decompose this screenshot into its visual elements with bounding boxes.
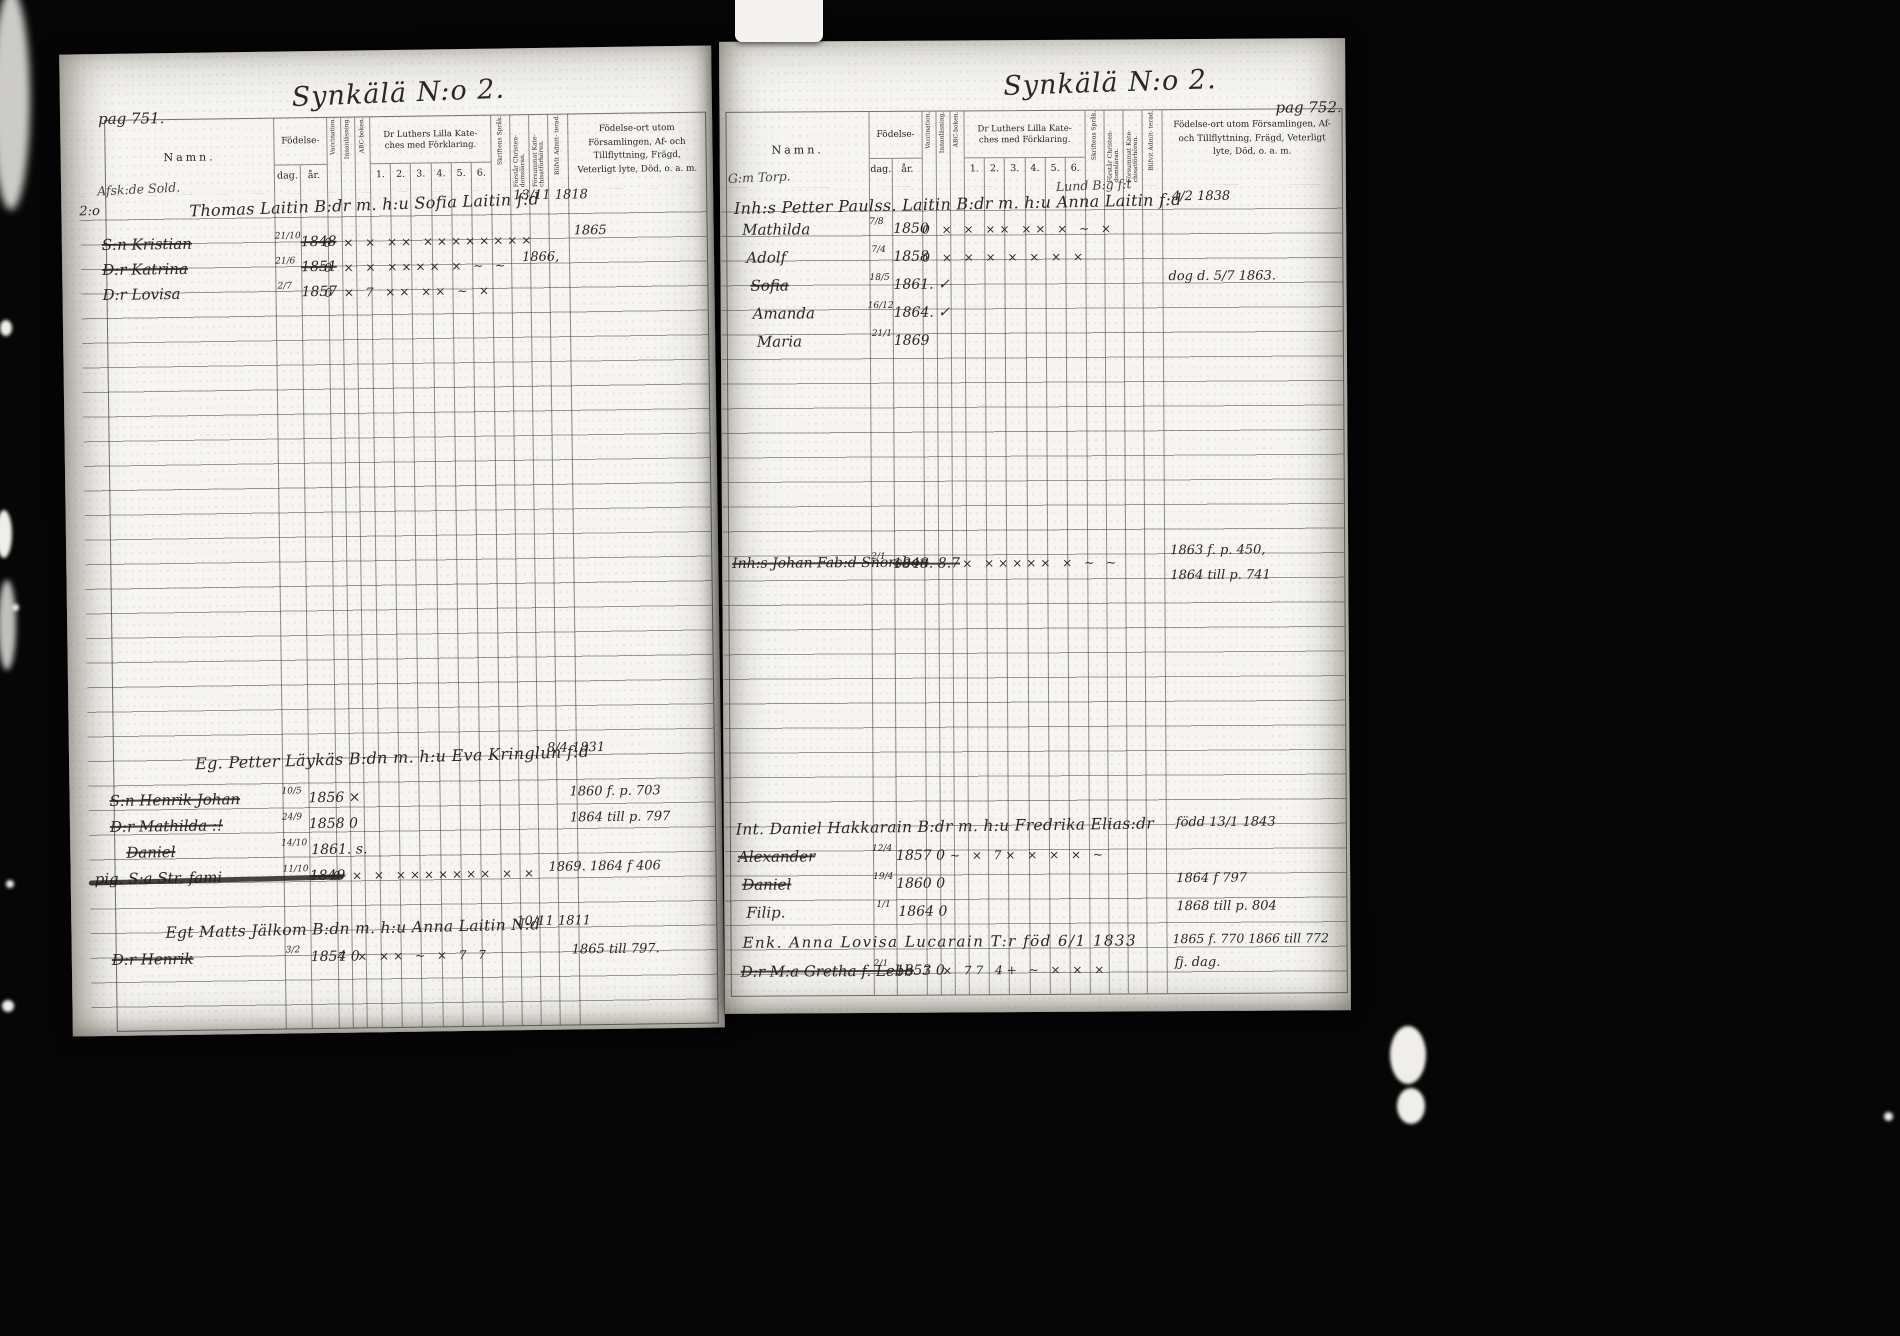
record-name: Alexander [738,847,815,865]
column-header-blifvit: Blifvit Admit- terad. [1149,110,1156,170]
grade-marks: 0 × 7 ×× ×× ~ × [324,284,493,300]
scan-noise-blob [1884,1112,1893,1121]
birth-year: 1861. ✓ [893,277,949,293]
column-header-innanlasning: Innanläsning. [344,118,351,160]
scan-noise-blob [0,320,12,336]
birth-day: 11/10 [283,864,309,874]
scan-noise-blob [6,880,14,888]
right-page: pag 752. Synkälä N:o 2. Namn. Födelse- d… [719,38,1351,1014]
margin-note: 1864 till p. 741 [1170,568,1271,584]
record-name: D:r Lovisa [102,285,180,304]
grade-marks: ~ × 7× × × × ~ [950,848,1107,863]
record-name: S:n Kristian [102,235,192,254]
column-header-luther: Dr Luthers Lilla Kate- ches med Förklari… [370,116,491,164]
record-name: D:r Mathilda :! [110,816,223,836]
grade-marks: 0 × × ×× ×× × ~ × [922,222,1115,237]
margin-note: fj. dag. [1175,955,1221,970]
margin-note: 1865 till 797. [572,941,660,957]
birth-day: 10/5 [281,786,301,796]
catechism-subcolumns: 1. 2. 3. 4. 5. 6. [965,157,1090,995]
column-header-fodelseort: Födelse-ort utom Församlingen, Af- och T… [1162,109,1341,185]
birth-day: 21/6 [275,256,295,266]
birth-day: 2/7 [277,281,292,291]
birth-note: 10/11 1811 [516,913,591,929]
margin-note: 1865 [574,223,607,238]
birth-note: född 13/1 1843 [1176,815,1276,831]
margin-note: 1864 f 797 [1176,871,1247,886]
column-header-fodelse: Födelse- [274,118,327,165]
birth-note: 8/4 1831 [547,740,605,756]
record-name: pig. S:a Str. fami [95,868,223,888]
birth-year: 1857 0 [896,848,945,864]
column-header-skriftens-sprak: Skriftens Språk. [497,115,504,165]
margin-note: 1864 till p. 797 [570,809,671,825]
column-header-forstar: Förstår Christen- domsläran. [1107,110,1120,182]
grade-marks: 7 × 77 4+ ~ × × × [923,963,1109,978]
column-header-forsummat: Försummat Kate- chisatförhören. [532,115,546,187]
scan-noise-blob [0,510,12,558]
column-name: Namn. [105,119,286,1031]
birth-day: 12/4 [872,844,892,854]
scan-artifact-paper-tab [735,0,823,42]
left-page: pag 751. Synkälä N:o 2. Namn. Födelse- d… [59,45,725,1036]
birth-day: 16/12 [868,301,894,311]
column-header-blifvit: Blifvit Admit- terad. [554,115,561,175]
birth-day: 7/4 [871,245,886,255]
margin-note: 1866, [522,250,559,266]
grade-marks: × ××××× × ~ ~ [962,555,1120,570]
column-header-forstar: Förstår Christen- domsläran. [513,115,527,187]
birth-day: 2/1 [871,552,886,562]
record-extra: Lund B:g f:t [1056,176,1132,194]
column-header-fodelse: Födelse- [869,112,921,158]
scan-noise-blob [2,1000,14,1012]
record-name: Adolf [746,249,786,267]
birth-day: 24/9 [282,812,302,822]
page-title: Synkälä N:o 2. [1003,64,1217,102]
record-name: D:r Henrik [112,950,194,969]
scan-noise-edge [0,0,30,210]
birth-year: 1860 0 [896,876,945,892]
margin-note: 1869. 1864 f 406 [548,858,661,875]
birth-year: 1856 × [308,789,360,806]
grade-marks: 0 × × ×× ×××××××× [324,233,536,250]
record-name: Daniel [126,843,175,862]
birth-day: 7/8 [869,217,884,227]
birth-year: 1864 0 [898,904,947,920]
record-table: Namn. Födelse- dag. år. Vaccination. Inn… [104,112,719,1032]
birth-day: 21/10 [275,231,301,241]
birth-day: 21/1 [872,329,892,339]
record-name: Enk. Anna Lovisa Lucarain T:r föd 6/1 18… [742,931,1137,951]
birth-year: 1858 0 [309,816,358,833]
birth-year: 1864. ✓ [894,305,950,321]
page-number: pag 752. [1275,98,1341,116]
birth-day: 18/5 [869,273,889,283]
scan-noise-blob [1397,1088,1425,1124]
birth-note: 13/11 1818 [513,187,588,203]
record-name: Filip. [746,904,785,922]
margin-mark: 2:o [79,204,100,219]
margin-note: 1865 f. 770 1866 till 772 [1172,930,1328,946]
margin-note: dog d. 5/7 1863. [1168,269,1276,285]
column-birthplace-notes: Födelse-ort utom Församlingen, Af- och T… [567,113,718,1025]
column-header-abc-boken: ABC-boken. [359,117,366,153]
record-name: Maria [757,332,802,350]
birth-day: 3/2 [286,945,301,955]
grade-marks: 7 × ×× ~ × 7 7 [338,948,490,964]
record-name: D:r Katrina [102,260,188,279]
birth-year: 1861. s. [311,841,367,858]
column-header-luther: Dr Luthers Lilla Kate- ches med Förklari… [964,111,1084,158]
record-name: S:n Henrik Johan [109,790,240,810]
grade-marks: 0 × × × × × × × [922,250,1087,265]
record-name: Sofia [750,276,788,294]
scan-noise-blob [0,580,16,670]
birth-day: 1/1 [876,900,891,910]
column-header-vaccination: Vaccination. [330,118,337,155]
page-title: Synkälä N:o 2. [291,74,505,114]
birth-day: 14/10 [281,838,307,848]
margin-scrawl: G:m Torp. [728,168,791,186]
birth-year: 1869 [894,333,930,349]
grade-marks: 0 × × ×××× × ~ ~ [324,258,509,275]
margin-note: 1868 till p. 804 [1176,899,1277,915]
grade-marks: 0 × × ××××××× × × [333,866,538,883]
column-header-abc-boken: ABC-boken. [954,111,961,147]
record-name: Amanda [753,304,815,322]
page-number: pag 751. [98,109,165,128]
column-header-vaccination: Vaccination. [926,112,933,149]
birth-day: 2/1 [874,959,889,969]
birth-day: 19/4 [873,872,893,882]
scanned-register-spread: { "header": { "namn": "Namn.", "fodelse"… [0,0,1900,1336]
margin-note: 1863 f. p. 450, [1170,543,1265,559]
column-header-skriftens-sprak: Skriftens Språk. [1091,111,1098,161]
scan-noise-blob [12,604,19,611]
column-header-innanlasning: Innanläsning. [940,112,947,154]
scan-noise-blob [1390,1026,1426,1084]
record-name: Daniel [742,875,791,893]
birth-year: 1848. 8.7 [893,555,960,571]
record-name: Mathilda [742,220,810,238]
column-header-fodelseort: Födelse-ort utom Församlingen, Af- och T… [568,113,706,190]
margin-note: 1860 f. p. 703 [569,783,660,799]
column-header-forsummat: Försummat Kate- chisatförhören. [1126,110,1139,182]
birth-note: 4/2 1838 [1172,189,1230,204]
column-catechism: Dr Luthers Lilla Kate- ches med Förklari… [369,116,503,1028]
